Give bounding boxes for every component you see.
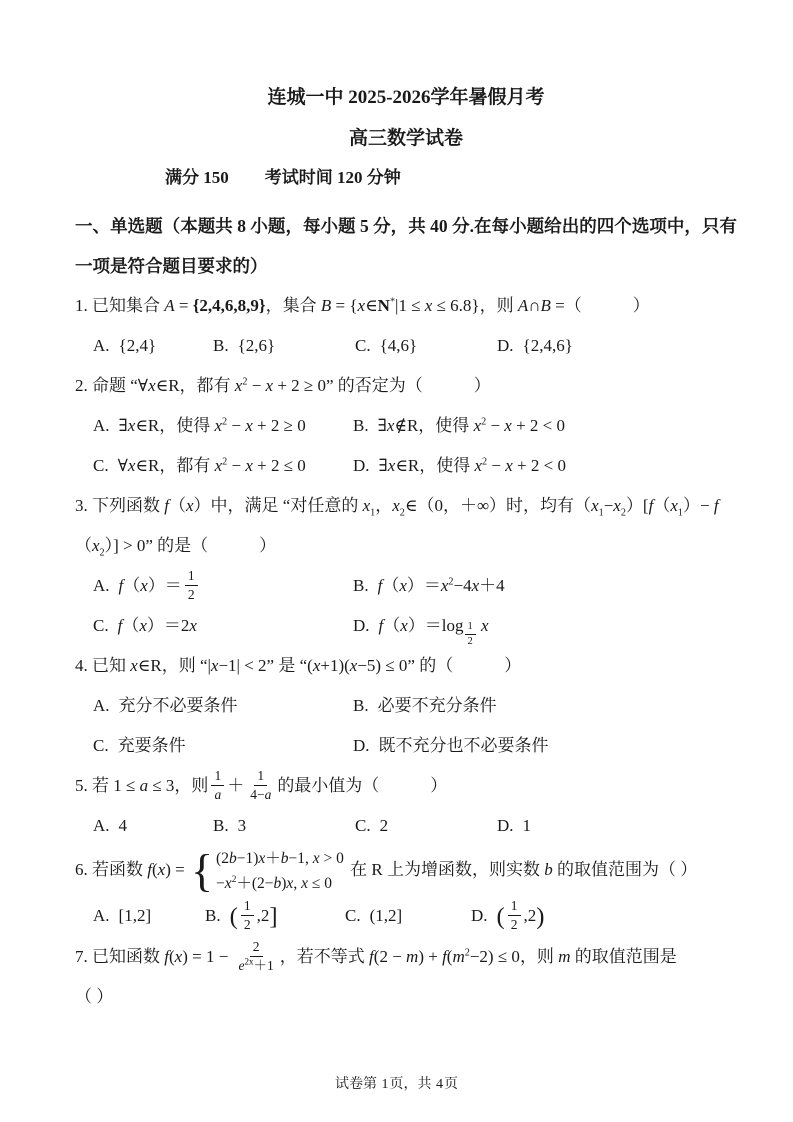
option-2B: B.∃x∉R，使得 x2 − x + 2 < 0 [353, 406, 737, 446]
question-2: 2. 命题 “∀x∈R，都有 x2 − x + 2 ≥ 0” 的否定为（ ） A… [75, 366, 737, 486]
option-3D-content: f（x）＝log12 x [379, 616, 489, 635]
option-3C-label: C. [93, 616, 109, 635]
option-3C: C.f（x）＝2x [93, 606, 353, 646]
option-4A: A.充分不必要条件 [93, 686, 353, 726]
option-6A-content: [1,2] [119, 906, 152, 925]
option-2B-label: B. [353, 416, 369, 435]
duration-label: 考试时间 120 分钟 [265, 168, 401, 187]
option-5A: A.4 [93, 806, 213, 846]
option-5D: D.1 [497, 806, 737, 846]
exam-content: 连城一中 2025-2026学年暑假月考 高三数学试卷 满分 150考试时间 1… [0, 0, 793, 1017]
option-2D-content: ∃x∈R，使得 x2 − x + 2 < 0 [379, 456, 566, 475]
option-5C-label: C. [355, 816, 371, 835]
option-3B-content: f（x）＝x2−4x＋4 [378, 576, 505, 595]
option-4B-label: B. [353, 696, 369, 715]
question-4-stem: 4. 已知 x∈R，则 “|x−1| < 2” 是 “(x+1)(x−5) ≤ … [75, 646, 737, 686]
question-2-options-row1: A.∃x∈R，使得 x2 − x + 2 ≥ 0 B.∃x∉R，使得 x2 − … [75, 406, 737, 446]
question-4-options-row1: A.充分不必要条件 B.必要不充分条件 [75, 686, 737, 726]
option-3C-content: f（x）＝2x [118, 616, 197, 635]
question-1-options: A.{2,4} B.{2,6} C.{4,6} D.{2,4,6} [75, 326, 737, 366]
option-5B-label: B. [213, 816, 229, 835]
section-heading: 一、单选题（本题共 8 小题，每小题 5 分，共 40 分.在每小题给出的四个选… [75, 206, 737, 286]
option-4D: D.既不充分也不必要条件 [353, 726, 737, 766]
option-4A-content: 充分不必要条件 [119, 696, 238, 715]
footer-prefix: 试卷第 [335, 1077, 381, 1092]
option-1B: B.{2,6} [213, 326, 355, 366]
option-1D: D.{2,4,6} [497, 326, 737, 366]
question-4: 4. 已知 x∈R，则 “|x−1| < 2” 是 “(x+1)(x−5) ≤ … [75, 646, 737, 766]
question-5-stem: 5. 若 1 ≤ a ≤ 3，则1a＋14−a的最小值为（ ） [75, 766, 737, 806]
option-1C: C.{4,6} [355, 326, 497, 366]
option-5B-content: 3 [238, 816, 247, 835]
option-3A: A.f（x）＝12 [93, 566, 353, 606]
option-4C: C.充要条件 [93, 726, 353, 766]
option-1D-label: D. [497, 336, 514, 355]
question-4-options-row2: C.充要条件 D.既不充分也不必要条件 [75, 726, 737, 766]
option-2C: C.∀x∈R，都有 x2 − x + 2 ≤ 0 [93, 446, 353, 486]
question-6-options: A.[1,2] B.(12,2] C.(1,2] D.(12,2) [75, 896, 737, 937]
exam-meta: 满分 150考试时间 120 分钟 [165, 166, 737, 189]
option-6D-content: (12,2) [497, 906, 545, 925]
option-4C-content: 充要条件 [118, 736, 186, 755]
option-1C-label: C. [355, 336, 371, 355]
option-3A-content: f（x）＝12 [119, 576, 201, 595]
option-1A-content: {2,4} [119, 336, 157, 355]
option-2C-label: C. [93, 456, 109, 475]
option-2C-content: ∀x∈R，都有 x2 − x + 2 ≤ 0 [118, 456, 306, 475]
option-4A-label: A. [93, 696, 110, 715]
option-6C-content: (1,2] [370, 906, 403, 925]
question-3-stem: 3. 下列函数 f（x）中，满足 “对任意的 x1，x2∈（0，＋∞）时，均有（… [75, 486, 737, 566]
question-2-options-row2: C.∀x∈R，都有 x2 − x + 2 ≤ 0 D.∃x∈R，使得 x2 − … [75, 446, 737, 486]
option-3A-label: A. [93, 576, 110, 595]
option-5C: C.2 [355, 806, 497, 846]
option-2A: A.∃x∈R，使得 x2 − x + 2 ≥ 0 [93, 406, 353, 446]
question-1-stem: 1. 已知集合 A = {2,4,6,8,9}，集合 B = {x∈N*|1 ≤… [75, 286, 737, 326]
option-4B: B.必要不充分条件 [353, 686, 737, 726]
option-3D: D.f（x）＝log12 x [353, 606, 737, 646]
option-4D-label: D. [353, 736, 370, 755]
question-7: 7. 已知函数 f(x) = 1 − 2e2x＋1，若不等式 f(2 − m) … [75, 937, 737, 1017]
question-2-stem: 2. 命题 “∀x∈R，都有 x2 − x + 2 ≥ 0” 的否定为（ ） [75, 366, 737, 406]
option-3D-label: D. [353, 616, 370, 635]
option-2B-content: ∃x∉R，使得 x2 − x + 2 < 0 [378, 416, 565, 435]
option-5A-label: A. [93, 816, 110, 835]
option-2D-label: D. [353, 456, 370, 475]
option-6A-label: A. [93, 906, 110, 925]
option-4B-content: 必要不充分条件 [378, 696, 497, 715]
question-3-options-row1: A.f（x）＝12 B.f（x）＝x2−4x＋4 [75, 566, 737, 606]
option-6B-label: B. [205, 906, 221, 925]
option-5C-content: 2 [380, 816, 389, 835]
option-1D-content: {2,4,6} [523, 336, 573, 355]
exam-page: 连城一中 2025-2026学年暑假月考 高三数学试卷 满分 150考试时间 1… [0, 0, 793, 1122]
option-5D-content: 1 [523, 816, 532, 835]
exam-subtitle: 高三数学试卷 [75, 126, 737, 151]
option-5A-content: 4 [119, 816, 128, 835]
question-6-stem: 6. 若函数 f(x) = {(2b−1)x＋b−1, x > 0−x2＋(2−… [75, 846, 737, 896]
option-1B-content: {2,6} [238, 336, 276, 355]
question-3-options-row2: C.f（x）＝2x D.f（x）＝log12 x [75, 606, 737, 646]
option-6A: A.[1,2] [93, 896, 205, 936]
question-6: 6. 若函数 f(x) = {(2b−1)x＋b−1, x > 0−x2＋(2−… [75, 846, 737, 937]
question-7-answer-blank: （ ） [75, 977, 737, 1017]
option-2D: D.∃x∈R，使得 x2 − x + 2 < 0 [353, 446, 737, 486]
option-5B: B.3 [213, 806, 355, 846]
option-5D-label: D. [497, 816, 514, 835]
full-score-label: 满分 150 [165, 168, 229, 187]
option-6D: D.(12,2) [471, 896, 737, 937]
option-4C-label: C. [93, 736, 109, 755]
option-6B: B.(12,2] [205, 896, 345, 937]
option-2A-label: A. [93, 416, 110, 435]
option-1B-label: B. [213, 336, 229, 355]
option-2A-content: ∃x∈R，使得 x2 − x + 2 ≥ 0 [119, 416, 306, 435]
footer-mid: 页，共 [390, 1077, 436, 1092]
option-1C-content: {4,6} [380, 336, 418, 355]
question-5: 5. 若 1 ≤ a ≤ 3，则1a＋14−a的最小值为（ ） A.4 B.3 … [75, 766, 737, 846]
option-1A: A.{2,4} [93, 326, 213, 366]
option-4D-content: 既不充分也不必要条件 [379, 736, 549, 755]
option-6C: C.(1,2] [345, 896, 471, 936]
exam-title: 连城一中 2025-2026学年暑假月考 [75, 85, 737, 110]
footer-total-pages: 4 [435, 1077, 444, 1092]
option-6B-content: (12,2] [230, 906, 278, 925]
footer-suffix: 页 [444, 1077, 458, 1092]
question-3: 3. 下列函数 f（x）中，满足 “对任意的 x1，x2∈（0，＋∞）时，均有（… [75, 486, 737, 646]
option-6D-label: D. [471, 906, 488, 925]
footer-page-number: 1 [381, 1077, 390, 1092]
question-5-options: A.4 B.3 C.2 D.1 [75, 806, 737, 846]
page-footer: 试卷第 1页，共 4页 [0, 1076, 793, 1094]
option-3B-label: B. [353, 576, 369, 595]
option-1A-label: A. [93, 336, 110, 355]
question-1: 1. 已知集合 A = {2,4,6,8,9}，集合 B = {x∈N*|1 ≤… [75, 286, 737, 366]
option-3B: B.f（x）＝x2−4x＋4 [353, 566, 737, 606]
option-6C-label: C. [345, 906, 361, 925]
question-7-stem: 7. 已知函数 f(x) = 1 − 2e2x＋1，若不等式 f(2 − m) … [75, 937, 737, 977]
